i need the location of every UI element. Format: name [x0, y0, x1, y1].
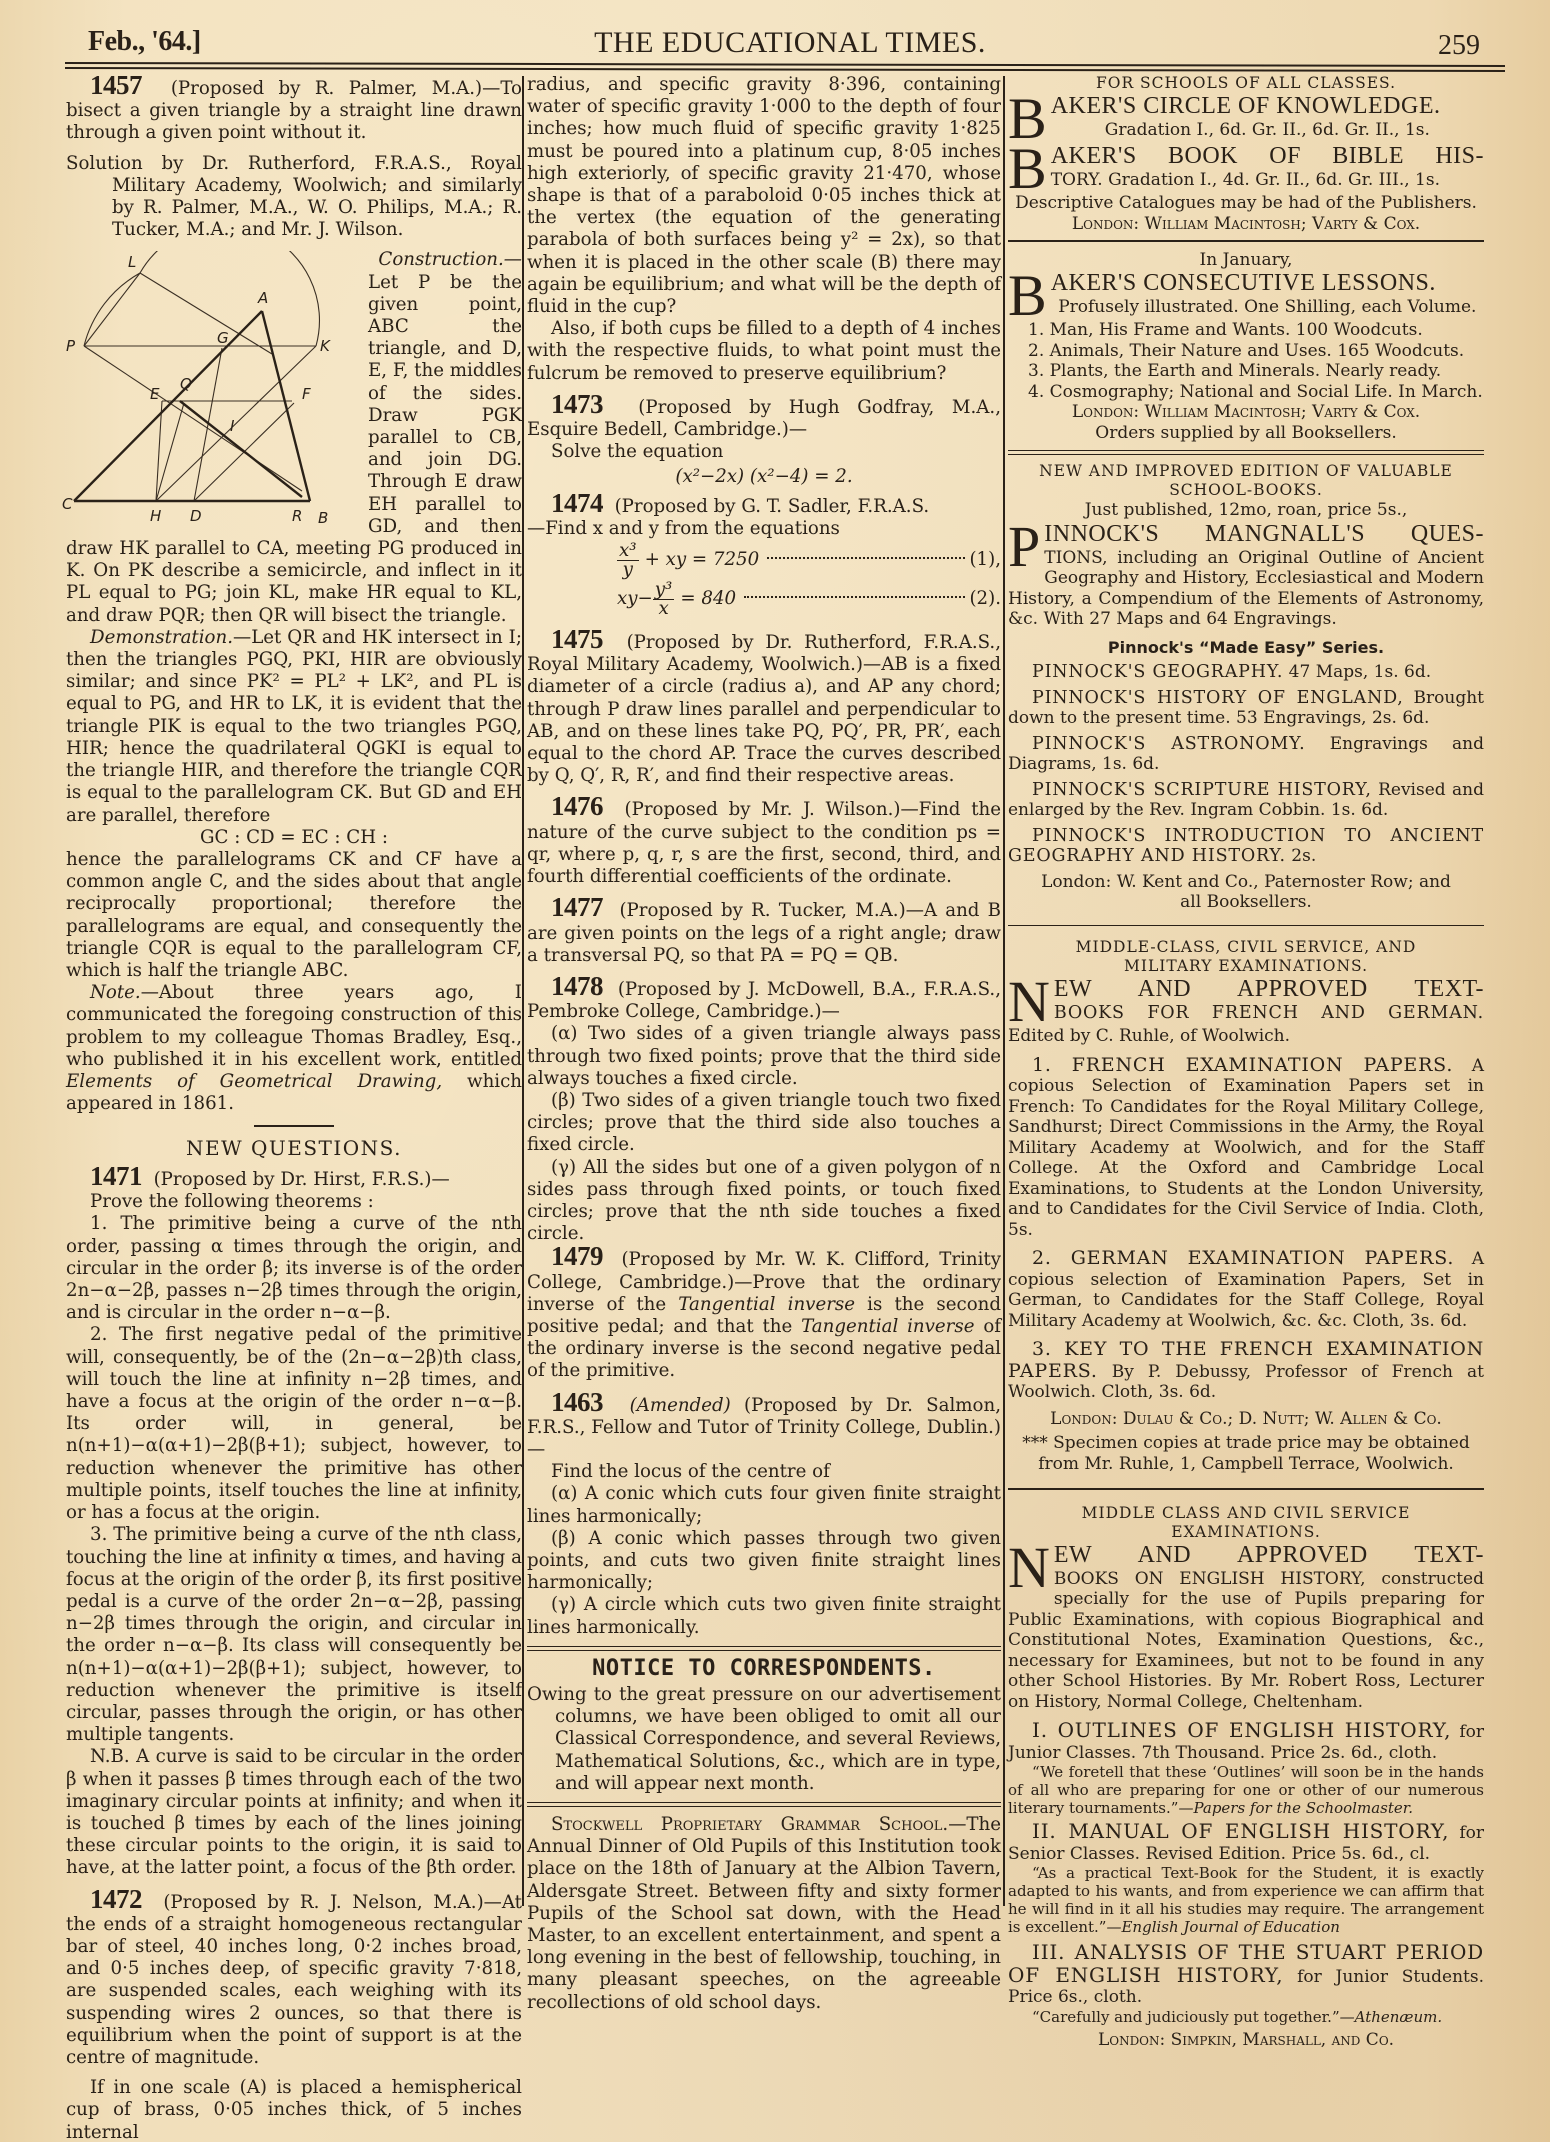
svg-text:E: E	[150, 385, 160, 403]
ad-pinnock: NEW AND IMPROVED EDITION OF VALUABLE SCH…	[1008, 462, 1484, 913]
solution-credit: Solution by Dr. Rutherford, F.R.A.S., Ro…	[66, 153, 522, 242]
equation-1: x³y + xy = 7250 (1),	[617, 542, 1001, 579]
ad-divider	[1008, 450, 1484, 455]
theorem-2: 2. The first negative pedal of the primi…	[66, 1324, 522, 1524]
question-1472-also: Also, if both cups be filled to a depth …	[527, 318, 1001, 385]
svg-text:B: B	[318, 509, 328, 527]
column-divider	[522, 76, 524, 1906]
new-questions-heading: NEW QUESTIONS.	[66, 1137, 522, 1159]
notice-heading: NOTICE TO CORRESPONDENTS.	[527, 1658, 1001, 1680]
question-number: 1457	[90, 70, 142, 100]
theorem-3: 3. The primitive being a curve of the nt…	[66, 1524, 522, 1746]
list-item: 3. Plants, the Earth and Minerals. Nearl…	[1028, 361, 1484, 382]
ad-divider	[1008, 240, 1484, 242]
nota-bene: N.B. A curve is said to be circular in t…	[66, 1746, 522, 1879]
svg-text:F: F	[302, 385, 311, 403]
question-1473: 1473 (Proposed by Hugh Godfray, M.A., Es…	[527, 393, 1001, 441]
question-1463: 1463 (Amended) (Proposed by Dr. Salmon, …	[527, 1391, 1001, 1462]
page-number: 259	[1438, 30, 1480, 62]
note-text: Note.—About three years ago, I communica…	[66, 982, 522, 1115]
column-divider	[1003, 76, 1005, 1906]
list-item: 2. Animals, Their Nature and Uses. 165 W…	[1028, 341, 1484, 362]
question-number: 1471	[90, 1161, 142, 1191]
svg-text:I: I	[230, 417, 235, 435]
ad-ruhle-french-german: MIDDLE-CLASS, CIVIL SERVICE, AND MILITAR…	[1008, 938, 1484, 1474]
svg-text:K: K	[320, 337, 331, 355]
list-item: 4. Cosmography; National and Social Life…	[1028, 382, 1484, 403]
ratio-equation: GC : CD = EC : CH :	[66, 827, 522, 849]
section-divider	[527, 1646, 1001, 1651]
question-1471: 1471 (Proposed by Dr. Hirst, F.R.S.)—	[66, 1165, 522, 1191]
column-3-advertisements: FOR SCHOOLS OF ALL CLASSES. B AKER'S CIR…	[1008, 74, 1484, 2050]
conclusion-text: hence the parallelograms CK and CF have …	[66, 849, 522, 982]
section-divider	[254, 1125, 334, 1127]
page-header: Feb., '64.] THE EDUCATIONAL TIMES. 259	[70, 22, 1510, 62]
question-1457: 1457 (Proposed by R. Palmer, M.A.)—To bi…	[66, 74, 522, 145]
ad-divider	[1008, 925, 1484, 927]
question-1475: 1475 (Proposed by Dr. Rutherford, F.R.A.…	[527, 628, 1001, 787]
svg-text:H: H	[150, 507, 161, 525]
svg-text:G: G	[217, 329, 229, 347]
question-1472-continued: radius, and specific gravity 8·396, cont…	[527, 74, 1001, 318]
svg-text:R: R	[292, 507, 302, 525]
svg-text:Q: Q	[180, 375, 192, 393]
question-text: If in one scale (A) is placed a hemisphe…	[66, 2077, 522, 2142]
question-1478: 1478 (Proposed by J. McDowell, B.A., F.R…	[527, 975, 1001, 1023]
svg-text:C: C	[62, 495, 73, 513]
svg-text:L: L	[128, 253, 136, 271]
equation-2: xy− y³x = 840 (2).	[617, 581, 1001, 618]
question-1477: 1477 (Proposed by R. Tucker, M.A.)—A and…	[527, 896, 1001, 967]
stockwell-notice: Stockwell Proprietary Grammar School.—Th…	[527, 1814, 1001, 2014]
question-1479: 1479 (Proposed by Mr. W. K. Clifford, Tr…	[527, 1245, 1001, 1382]
geometry-figure: L A P G K Q E F I C H D R B	[62, 251, 362, 529]
question-1476: 1476 (Proposed by Mr. J. Wilson.)—Find t…	[527, 795, 1001, 888]
svg-text:D: D	[190, 507, 202, 525]
question-text: Prove the following theorems :	[66, 1191, 522, 1213]
triangle-bisection-diagram-icon: L A P G K Q E F I C H D R B	[62, 251, 362, 529]
question-1474: 1474 (Proposed by G. T. Sadler, F.R.A.S.	[527, 492, 1001, 518]
column-2: radius, and specific gravity 8·396, cont…	[527, 74, 1001, 2014]
equation: (x²−2x) (x²−4) = 2.	[527, 466, 1001, 488]
theorem-1: 1. The primitive being a curve of the nt…	[66, 1213, 522, 1324]
ad-bakers-lessons: In January, B AKER'S CONSECUTIVE LESSONS…	[1008, 250, 1484, 444]
notice-text: Owing to the great pressure on our adver…	[527, 1684, 1001, 1795]
publication-title: THE EDUCATIONAL TIMES.	[70, 26, 1510, 60]
svg-text:A: A	[257, 289, 268, 307]
svg-text:P: P	[66, 337, 76, 355]
question-number: 1472	[90, 1884, 142, 1914]
ad-divider	[1008, 1488, 1484, 1490]
demonstration-text: Demonstration.—Let QR and HK intersect i…	[66, 627, 522, 827]
ad-ross-english-history: MIDDLE CLASS AND CIVIL SERVICE EXAMINATI…	[1008, 1504, 1484, 2051]
question-1472: 1472 (Proposed by R. J. Nelson, M.A.)—At…	[66, 1888, 522, 2070]
section-divider	[527, 1802, 1001, 1807]
column-1: 1457 (Proposed by R. Palmer, M.A.)—To bi…	[66, 74, 522, 2142]
list-item: 1. Man, His Frame and Wants. 100 Woodcut…	[1028, 320, 1484, 341]
ad-bakers-circle: FOR SCHOOLS OF ALL CLASSES. B AKER'S CIR…	[1008, 74, 1484, 234]
